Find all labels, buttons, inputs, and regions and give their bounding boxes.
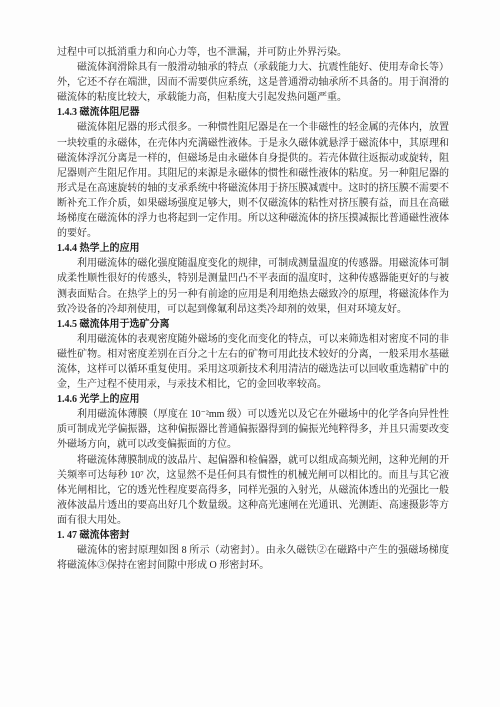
paragraph-seal-principle: 磁流体的密封原理如图 8 所示（动密封）。由永久磁铁②在磁路中产生的强磁场梯度将… <box>57 543 449 573</box>
document-page: 过程中可以抵消重力和向心力等，也不泄漏，并可防止外界污染。 磁流体润滑除具有一般… <box>0 0 500 707</box>
paragraph-lubrication-continued: 过程中可以抵消重力和向心力等，也不泄漏，并可防止外界污染。 <box>57 45 449 60</box>
paragraph-optical-shutter: 将磁流体薄膜制成的波晶片、起偏器和检偏器，就可以组成高频光闸，这种光闸的开关频率… <box>57 453 449 528</box>
heading-1-4-3-damper: 1.4.3 磁流体阻尼器 <box>57 105 449 120</box>
heading-1-4-4-thermal: 1.4.4 热学上的应用 <box>57 241 449 256</box>
heading-1-4-6-optical: 1.4.6 光学上的应用 <box>57 392 449 407</box>
paragraph-optical-polarizer: 利用磁流体薄膜（厚度在 10⁻²mm 级）可以透光以及它在外磁场中的化学各向异性… <box>57 407 449 452</box>
paragraph-thermal-application: 利用磁流体的磁化强度随温度变化的规律，可制成测量温度的传感器。用磁流体可制成柔性… <box>57 256 449 316</box>
heading-1-4-5-mineral-separation: 1.4.5 磁流体用于选矿分离 <box>57 317 449 332</box>
paragraph-damper: 磁流体阻尼器的形式很多。一种惯性阻尼器是在一个非磁性的轻金属的壳体内，放置一块较… <box>57 120 449 241</box>
heading-1-47-seal: 1. 47 磁流体密封 <box>57 528 449 543</box>
paragraph-lubrication-features: 磁流体润滑除具有一般滑动轴承的特点（承载能力大、抗震性能好、使用寿命长等）外，它… <box>57 60 449 105</box>
paragraph-mineral-separation: 利用磁流体的表观密度随外磁场的变化而变化的特点，可以来筛选相对密度不同的非磁性矿… <box>57 332 449 392</box>
text-body: 过程中可以抵消重力和向心力等，也不泄漏，并可防止外界污染。 磁流体润滑除具有一般… <box>57 45 449 573</box>
